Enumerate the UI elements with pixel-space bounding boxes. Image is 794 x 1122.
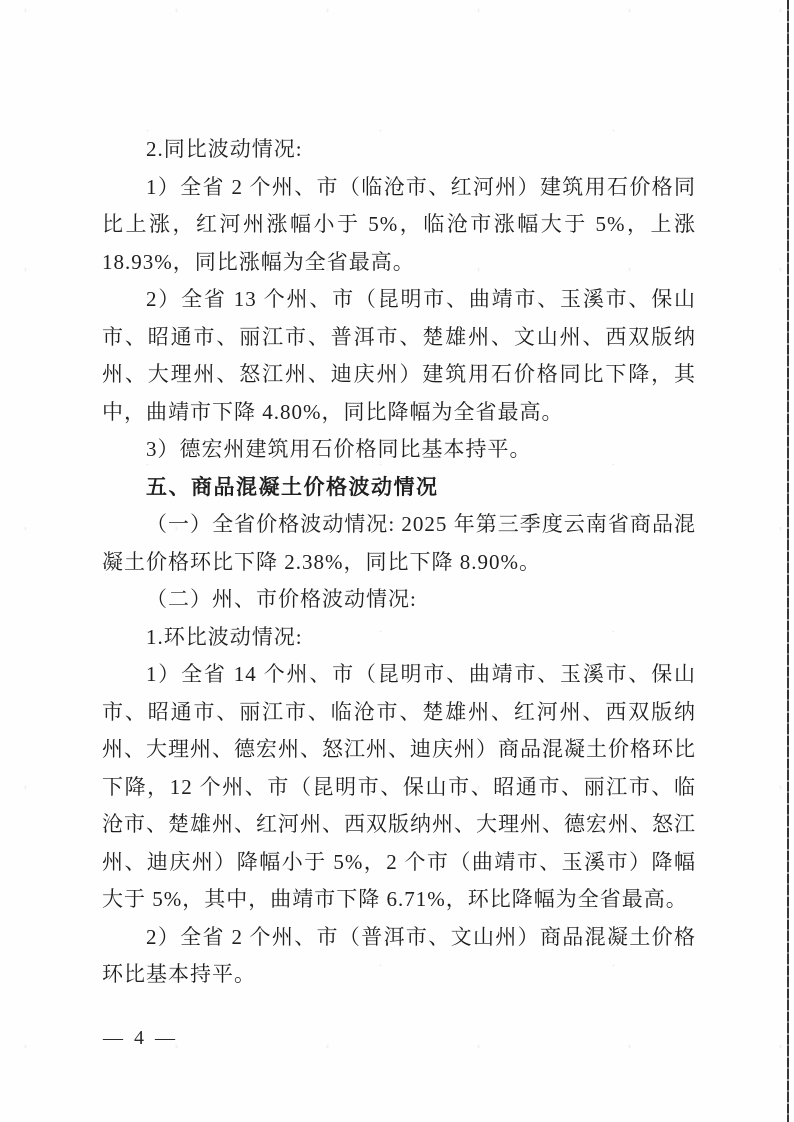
paragraph: （一）全省价格波动情况: 2025 年第三季度云南省商品混凝土价格环比下降 2.… (102, 506, 696, 581)
paragraph: 3）德宏州建筑用石价格同比基本持平。 (102, 431, 696, 469)
page-number: — 4 — (103, 1024, 178, 1052)
paragraph: 2）全省 2 个州、市（普洱市、文山州）商品混凝土价格环比基本持平。 (102, 919, 696, 994)
document-page: 2.同比波动情况: 1）全省 2 个州、市（临沧市、红河州）建筑用石价格同比上涨… (0, 0, 794, 1122)
paragraph: 1.环比波动情况: (102, 619, 696, 657)
paragraph: 2）全省 13 个州、市（昆明市、曲靖市、玉溪市、保山市、昭通市、丽江市、普洱市… (102, 281, 696, 431)
scan-edge-artifact (787, 0, 789, 1122)
section-heading: 五、商品混凝土价格波动情况 (102, 469, 696, 507)
document-body: 2.同比波动情况: 1）全省 2 个州、市（临沧市、红河州）建筑用石价格同比上涨… (102, 131, 696, 994)
paragraph: 1）全省 2 个州、市（临沧市、红河州）建筑用石价格同比上涨，红河州涨幅小于 5… (102, 169, 696, 282)
paragraph: 2.同比波动情况: (102, 131, 696, 169)
paragraph: 1）全省 14 个州、市（昆明市、曲靖市、玉溪市、保山市、昭通市、丽江市、临沧市… (102, 656, 696, 919)
paragraph: （二）州、市价格波动情况: (102, 581, 696, 619)
